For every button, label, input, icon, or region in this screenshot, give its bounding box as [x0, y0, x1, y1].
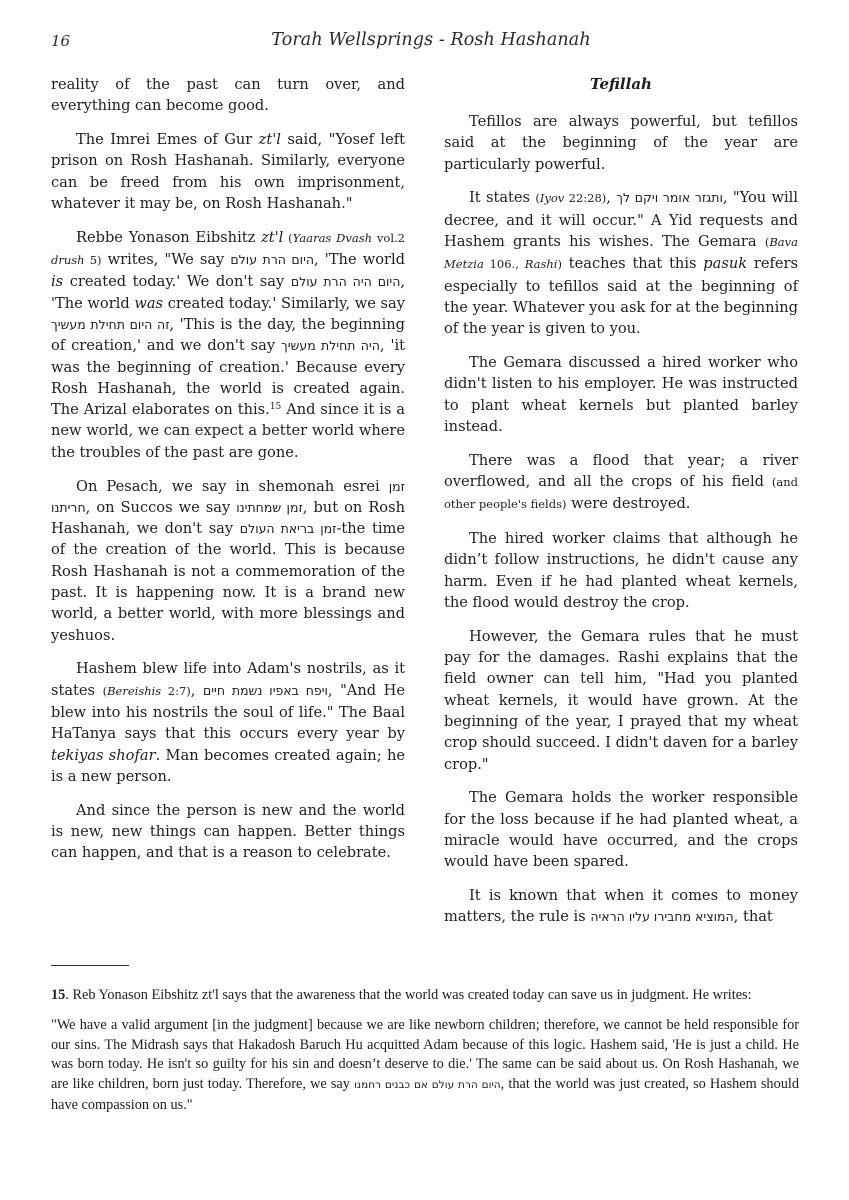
text-run: writes, "We say — [102, 251, 231, 268]
hebrew-quote: זה היום תחילת מעשיך — [51, 317, 170, 332]
paragraph-yonason-eibshitz: Rebbe Yonason Eibshitz zt'l (Yaaras Dvas… — [51, 227, 405, 463]
footnote-15: 15. Reb Yonason Eibshitz zt'l says that … — [51, 986, 799, 1006]
text-run: created today.' We don't say — [63, 273, 291, 290]
text-run: , — [606, 189, 616, 206]
right-column: Tefillah Tefillos are always powerful, b… — [444, 74, 798, 940]
hebrew-quote: זמן שמחתינו — [236, 500, 303, 515]
text-run: teaches that this — [562, 255, 703, 272]
text-run: 5) — [85, 253, 102, 267]
hebrew-quote: היום הרת עולם — [230, 252, 314, 267]
text-run: were destroyed. — [566, 495, 690, 512]
text-run: Bereishis — [107, 684, 161, 698]
text-run: , — [191, 682, 203, 699]
source-citation: (Bereishis 2:7) — [103, 684, 191, 698]
paragraph-money-matters: It is known that when it comes to money … — [444, 885, 798, 928]
hebrew-quote: ויפח באפיו נשמת חיים — [203, 683, 328, 698]
text-run: 22:28) — [564, 191, 606, 205]
section-heading: Tefillah — [444, 74, 798, 95]
footnotes: 15. Reb Yonason Eibshitz zt'l says that … — [51, 986, 799, 1126]
text-run: tekiyas shofar — [51, 747, 156, 764]
text-run: Rashi — [525, 257, 558, 271]
paragraph-hired-worker: The Gemara discussed a hired worker who … — [444, 352, 798, 437]
text-run: zt'l — [261, 229, 283, 246]
text-run: On Pesach, we say in shemonah esrei — [76, 478, 389, 495]
hebrew-quote: היה תחילת מעשיך — [281, 338, 380, 353]
text-run: drush — [51, 253, 85, 267]
left-column: reality of the past can turn over, and e… — [51, 74, 405, 876]
footnote-number: 15 — [51, 987, 65, 1003]
text-run: pasuk — [703, 255, 747, 272]
text-run: created today.' Similarly, we say — [163, 295, 405, 312]
text-run: There was a flood that year; a river ove… — [444, 452, 798, 490]
text-run: . Reb Yonason Eibshitz zt'l says that th… — [65, 987, 751, 1003]
footnote-reference[interactable]: 15 — [270, 402, 281, 412]
text-run: , 'The world — [314, 251, 405, 268]
text-run: , on Succos we say — [86, 499, 237, 516]
source-citation: (Iyov 22:28) — [535, 191, 606, 205]
text-run: It states — [469, 189, 535, 206]
hebrew-quote: היום הרת עולם אם כבנים רחמנו — [354, 1079, 501, 1091]
hebrew-quote: המוציא מחבירו עליו הראיה — [590, 909, 733, 924]
text-run: ( — [283, 231, 292, 245]
paragraph-flood: There was a flood that year; a river ove… — [444, 450, 798, 516]
text-run: Yaaras Dvash — [293, 231, 372, 245]
paragraph-gemara-rules: However, the Gemara rules that he must p… — [444, 626, 798, 775]
document-page: 16 Torah Wellsprings - Rosh Hashanah rea… — [0, 0, 849, 1200]
footnote-15-quote: "We have a valid argument [in the judgme… — [51, 1016, 799, 1116]
text-run: -the time of the creation of the world. … — [51, 520, 405, 643]
paragraph-celebrate: And since the person is new and the worl… — [51, 800, 405, 864]
paragraph-worker-responsible: The Gemara holds the worker responsible … — [444, 787, 798, 872]
text-run: vol.2 — [372, 231, 405, 245]
text-run: , that — [734, 908, 773, 925]
text-run: The Imrei Emes of Gur — [76, 131, 259, 148]
running-header: 16 Torah Wellsprings - Rosh Hashanah — [51, 30, 811, 58]
paragraph-worker-claim: The hired worker claims that although he… — [444, 528, 798, 613]
paragraph-imrei-emes: The Imrei Emes of Gur zt'l said, "Yosef … — [51, 129, 405, 214]
paragraph-continuation: reality of the past can turn over, and e… — [51, 74, 405, 117]
paragraph-pesach: On Pesach, we say in shemonah esrei זמן … — [51, 476, 405, 646]
book-title: Torah Wellsprings - Rosh Hashanah — [51, 30, 811, 50]
paragraph-adam: Hashem blew life into Adam's nostrils, a… — [51, 658, 405, 787]
text-run: 106., — [484, 257, 525, 271]
footnote-separator — [51, 965, 129, 966]
hebrew-quote: ותגזר אומר ויקם לך — [616, 190, 723, 205]
paragraph-iyov: It states (Iyov 22:28), ותגזר אומר ויקם … — [444, 187, 798, 339]
text-run: is — [51, 273, 63, 290]
text-run: Iyov — [540, 191, 564, 205]
text-run: 2:7) — [161, 684, 191, 698]
text-run: was — [134, 295, 163, 312]
hebrew-quote: זמן בריאת העולם — [240, 521, 337, 536]
text-run: Rebbe Yonason Eibshitz — [76, 229, 261, 246]
paragraph-tefillos: Tefillos are always powerful, but tefill… — [444, 111, 798, 175]
hebrew-quote: היום היה הרת עולם — [291, 274, 401, 289]
text-run: zt'l — [259, 131, 281, 148]
